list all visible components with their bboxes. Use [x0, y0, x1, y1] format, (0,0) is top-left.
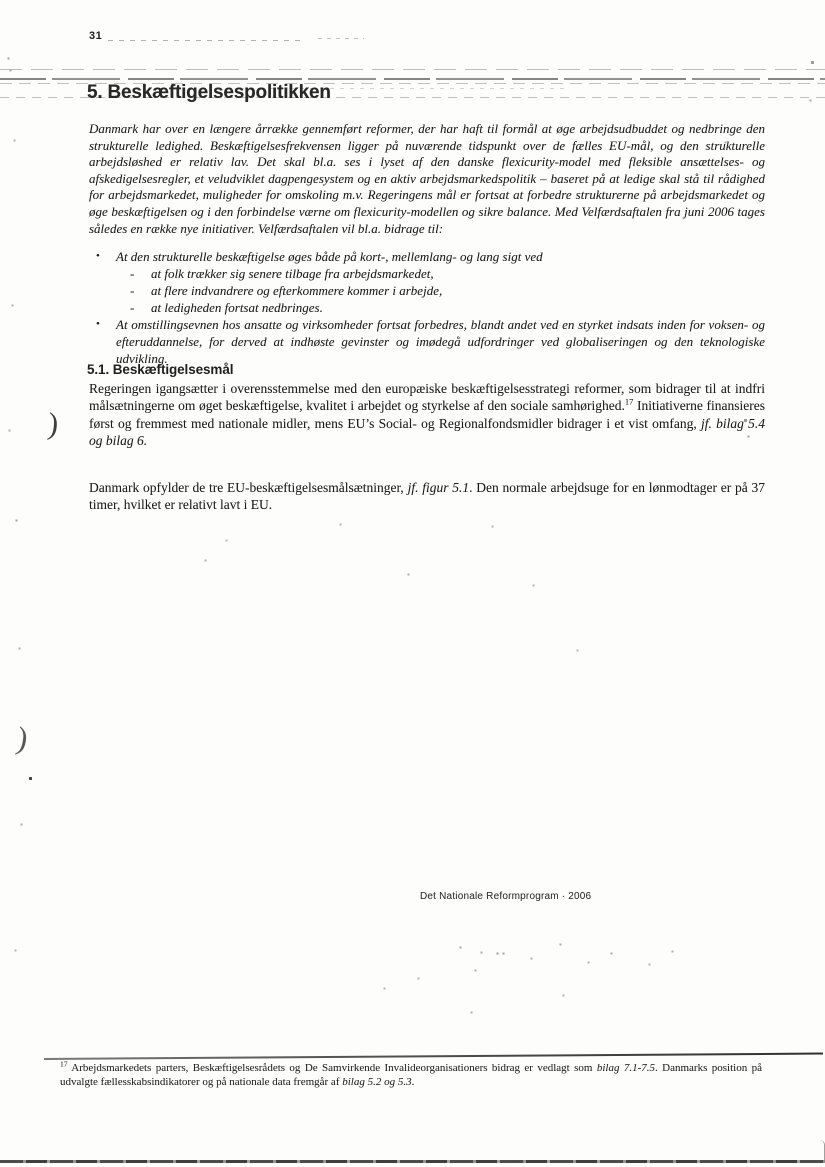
sub-list-item-text: at folk trækker sig senere tilbage fra a… — [151, 265, 765, 282]
cross-reference: bilag 7.1-7.5 — [597, 1062, 655, 1074]
sub-list-item: - at folk trækker sig senere tilbage fra… — [89, 265, 765, 282]
section-heading: 5.1. Beskæftigelsesmål — [87, 362, 233, 377]
chapter-heading: 5. Beskæftigelsespolitikken — [87, 82, 331, 104]
scanned-document-page: 31 5. Beskæftigelsespolitikken Danmark h… — [0, 0, 825, 1167]
cross-reference: bilag 5.2 og 5.3 — [342, 1076, 411, 1088]
dash-icon: - — [130, 299, 151, 316]
cross-reference: jf. figur 5.1 — [408, 480, 470, 495]
dash-icon: - — [130, 265, 151, 282]
bullet-list: • At den strukturelle beskæftigelse øges… — [89, 248, 765, 367]
dash-icon: - — [130, 282, 151, 299]
list-item: • At omstillingsevnen hos ansatte og vir… — [89, 316, 765, 367]
sub-list-item-text: at flere indvandrere og efterkommere kom… — [151, 282, 765, 299]
page-number: 31 — [89, 30, 102, 42]
bullet-icon: • — [89, 316, 116, 367]
footnote-number: 17 — [60, 1059, 68, 1068]
scan-edge-curve — [819, 1140, 825, 1162]
scan-dotted-line — [108, 40, 300, 41]
scan-dotted-line — [318, 38, 364, 39]
footnote: 17 Arbejdsmarkedets parters, Beskæftigel… — [60, 1062, 762, 1090]
sub-list-item: - at ledigheden fortsat nedbringes. — [89, 299, 765, 316]
footnote-text: . — [412, 1076, 415, 1088]
footnote-separator-rule — [44, 1053, 823, 1060]
ink-dot — [29, 777, 32, 780]
scan-line — [0, 78, 825, 80]
section-paragraph-1: Regeringen igangsætter i overensstemmels… — [89, 380, 765, 450]
bullet-icon: • — [89, 248, 116, 265]
list-item: • At den strukturelle beskæftigelse øges… — [89, 248, 765, 265]
scan-noise-specks — [0, 0, 1, 1]
running-footer: Det Nationale Reformprogram · 2006 — [420, 891, 591, 902]
pen-margin-mark: ) — [14, 719, 31, 757]
intro-paragraph: Danmark har over en længere årrække genn… — [89, 121, 765, 237]
footnote-text: Arbejdsmarkedets parters, Beskæftigelses… — [68, 1062, 597, 1074]
paragraph-text: Danmark opfylder de tre EU-beskæftigelse… — [89, 480, 408, 495]
pen-margin-mark: ) — [46, 406, 60, 443]
section-paragraph-2: Danmark opfylder de tre EU-beskæftigelse… — [89, 479, 765, 514]
sub-list-item: - at flere indvandrere og efterkommere k… — [89, 282, 765, 299]
list-item-text: At den strukturelle beskæftigelse øges b… — [116, 248, 765, 265]
sub-list-item-text: at ledigheden fortsat nedbringes. — [151, 299, 765, 316]
scan-edge-bar — [0, 1160, 825, 1163]
list-item-text: At omstillingsevnen hos ansatte og virks… — [116, 316, 765, 367]
scan-line — [0, 69, 825, 70]
